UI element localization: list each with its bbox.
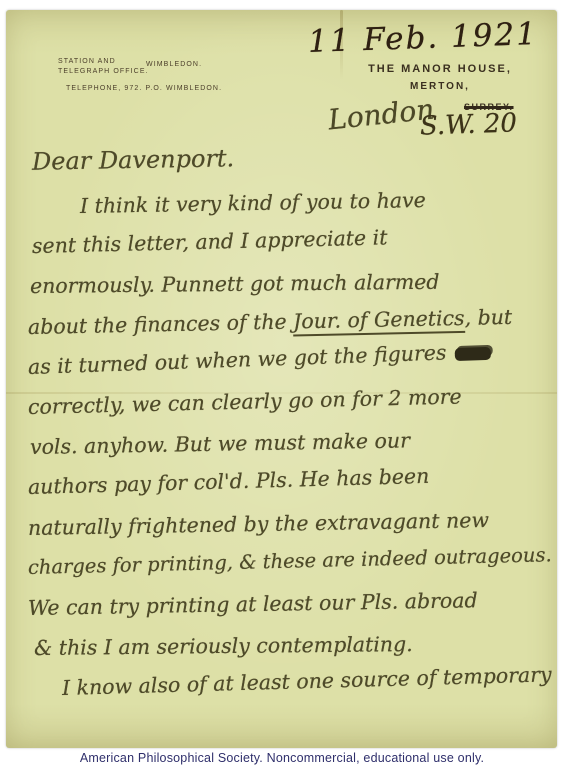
stamp-line-telegraph: TELEGRAPH OFFICE.	[58, 68, 149, 75]
line-text: , but	[464, 304, 512, 329]
scanned-letter-page: STATION AND WIMBLEDON. TELEGRAPH OFFICE.…	[0, 0, 564, 770]
letterhead-manor-house: THE MANOR HOUSE,	[352, 63, 528, 75]
stamp-line-wimbledon: WIMBLEDON.	[146, 61, 202, 68]
letter-body: I think it very kind of you to havesent …	[28, 186, 548, 708]
ink-scribble	[454, 347, 490, 359]
line-text: as it turned out when we got the figures	[28, 340, 447, 379]
line-text: sent this letter, and I appreciate it	[32, 226, 388, 259]
archive-caption: American Philosophical Society. Noncomme…	[0, 751, 564, 765]
line-text: vols. anyhow. But we must make our	[30, 428, 410, 459]
line-text: We can try printing at least our Pls. ab…	[28, 588, 478, 620]
line-text: correctly, we can clearly go on for 2 mo…	[28, 384, 462, 419]
stamp-line-telephone: TELEPHONE, 972. P.O. WIMBLEDON.	[66, 85, 222, 92]
line-text: enormously. Punnett got much alarmed	[30, 270, 440, 298]
line-text: I know also of at least one source of te…	[62, 663, 552, 701]
underlined-text: Jour. of Genetics	[293, 305, 465, 336]
line-text: about the finances of the	[28, 309, 294, 339]
letterhead-merton: MERTON,	[352, 81, 528, 92]
line-text: I think it very kind of you to have	[80, 188, 426, 218]
line-text: & this I am seriously contemplating.	[34, 632, 413, 660]
line-text: authors pay for col'd. Pls. He has been	[28, 464, 430, 499]
stamp-line-station: STATION AND	[58, 58, 116, 65]
handwritten-postcode: S.W. 20	[420, 108, 518, 141]
line-text: naturally frightened by the extravagant …	[28, 507, 489, 539]
handwritten-line: We can try printing at least our Pls. ab…	[28, 579, 549, 628]
salutation: Dear Davenport.	[32, 144, 235, 176]
line-text: charges for printing, & these are indeed…	[28, 543, 552, 579]
